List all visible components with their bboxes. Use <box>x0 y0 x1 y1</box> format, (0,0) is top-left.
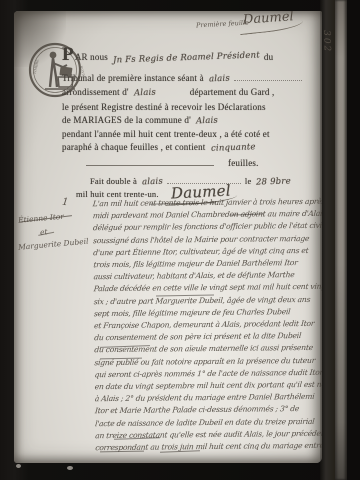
fait-double-city-fill: alais <box>142 177 163 188</box>
fait-double-text: Fait double à <box>90 176 137 186</box>
president-name-fill: Jn Fs Regis de Roamel Président <box>113 50 260 65</box>
scan-speck <box>16 464 21 468</box>
register-sheet: Première feuille Daumel TIMBRE ROYAL P <box>14 11 322 463</box>
form-line-tribunal: Tribunal de première instance séant à al… <box>62 72 306 84</box>
line1-end: du <box>264 52 273 62</box>
facing-page-edge <box>335 0 347 480</box>
form-line-annee: pendant l'année mil huit cent trente-deu… <box>62 129 306 139</box>
scan-speck <box>67 466 73 470</box>
drop-cap: P <box>62 49 74 61</box>
form-line-arrondissement: arrondissement d' Alais département du G… <box>62 87 306 98</box>
marriage-act-entry: L'an mil huit cent trente trois le huit … <box>93 196 322 455</box>
arrondissement-fill: Alais <box>134 88 156 99</box>
date-fill: 28 9bre <box>256 176 291 187</box>
annee-text: pendant l'année mil huit cent trente-deu… <box>62 129 270 139</box>
le-text: le <box>245 176 252 186</box>
handwritten-line: correspondant au trois juin mil huit cen… <box>95 440 322 455</box>
paraphe-text: paraphé à chaque feuilles , et contient <box>62 142 206 152</box>
feuilles-text: feuilles. <box>228 158 259 168</box>
form-line-registre: le présent Registre destiné à recevoir l… <box>62 102 306 112</box>
fill-rule <box>234 72 302 81</box>
form-line-paraphe: paraphé à chaque feuilles , et contient … <box>62 142 306 153</box>
page-gutter-shadow <box>320 0 335 480</box>
form-line-feuilles: feuilles. <box>86 157 322 168</box>
commune-fill: Alais <box>196 116 218 127</box>
margin-couple-names: Étienne ItoretMarguerite Dubeil <box>18 210 104 251</box>
form-line-mariages: de MARIAGES de la commune d' Alais <box>62 115 306 126</box>
registre-text: le présent Registre destiné à recevoir l… <box>62 102 266 112</box>
mariages-text: de MARIAGES de la commune d' <box>62 115 191 125</box>
cote-signature: Daumel <box>243 11 295 28</box>
act-number: 1 <box>61 197 68 209</box>
arrondissement-text: arrondissement d' <box>62 87 129 97</box>
svg-text:TIMBRE: TIMBRE <box>32 58 40 74</box>
edge-pen-mark: 302 <box>321 30 332 54</box>
departement-text: département du Gard , <box>190 87 275 97</box>
tribunal-text: Tribunal de première instance séant à <box>62 73 204 83</box>
form-line-par-nous: P AR nous Jn Fs Regis de Roamel Présiden… <box>62 49 306 63</box>
tribunal-city-fill: alais <box>209 74 230 85</box>
par-nous-text: AR nous <box>75 52 108 62</box>
feuille-count-fill: cinquante <box>210 142 255 154</box>
scanned-register-page: Première feuille Daumel TIMBRE ROYAL P <box>0 0 360 480</box>
fill-rule <box>86 157 214 166</box>
